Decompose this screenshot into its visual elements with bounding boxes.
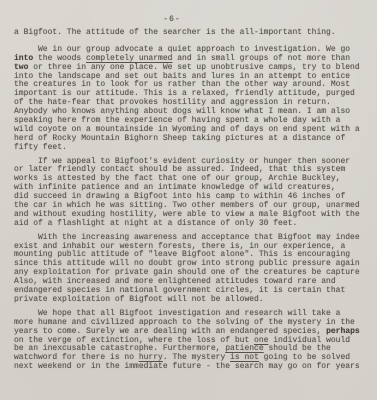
text-line: a Bigfoot. The attitude of the searcher … — [14, 29, 374, 38]
paragraph: a Bigfoot. The attitude of the searcher … — [14, 29, 374, 38]
paragraph: We in our group advocate a quiet approac… — [14, 46, 374, 153]
paragraph: If we appeal to Bigfoot's evident curios… — [14, 158, 374, 229]
text-line: fifty feet. — [14, 144, 374, 153]
document-text: a Bigfoot. The attitude of the searcher … — [14, 29, 374, 372]
text-line: herd of Rocky Mountain Bighorn Sheep tak… — [14, 135, 374, 144]
page-number: -6- — [0, 15, 344, 24]
scanned-document-page: -6- a Bigfoot. The attitude of the searc… — [0, 0, 377, 400]
text-line: next weekend or in the immediate future … — [14, 363, 374, 372]
paragraph: We hope that all Bigfoot investigation a… — [14, 310, 374, 372]
paragraph: With the increasing awareness and accept… — [14, 234, 374, 305]
text-line: aid of a flashlight at night at a distan… — [14, 220, 374, 229]
text-line: private exploitation of Bigfoot will not… — [14, 296, 374, 305]
